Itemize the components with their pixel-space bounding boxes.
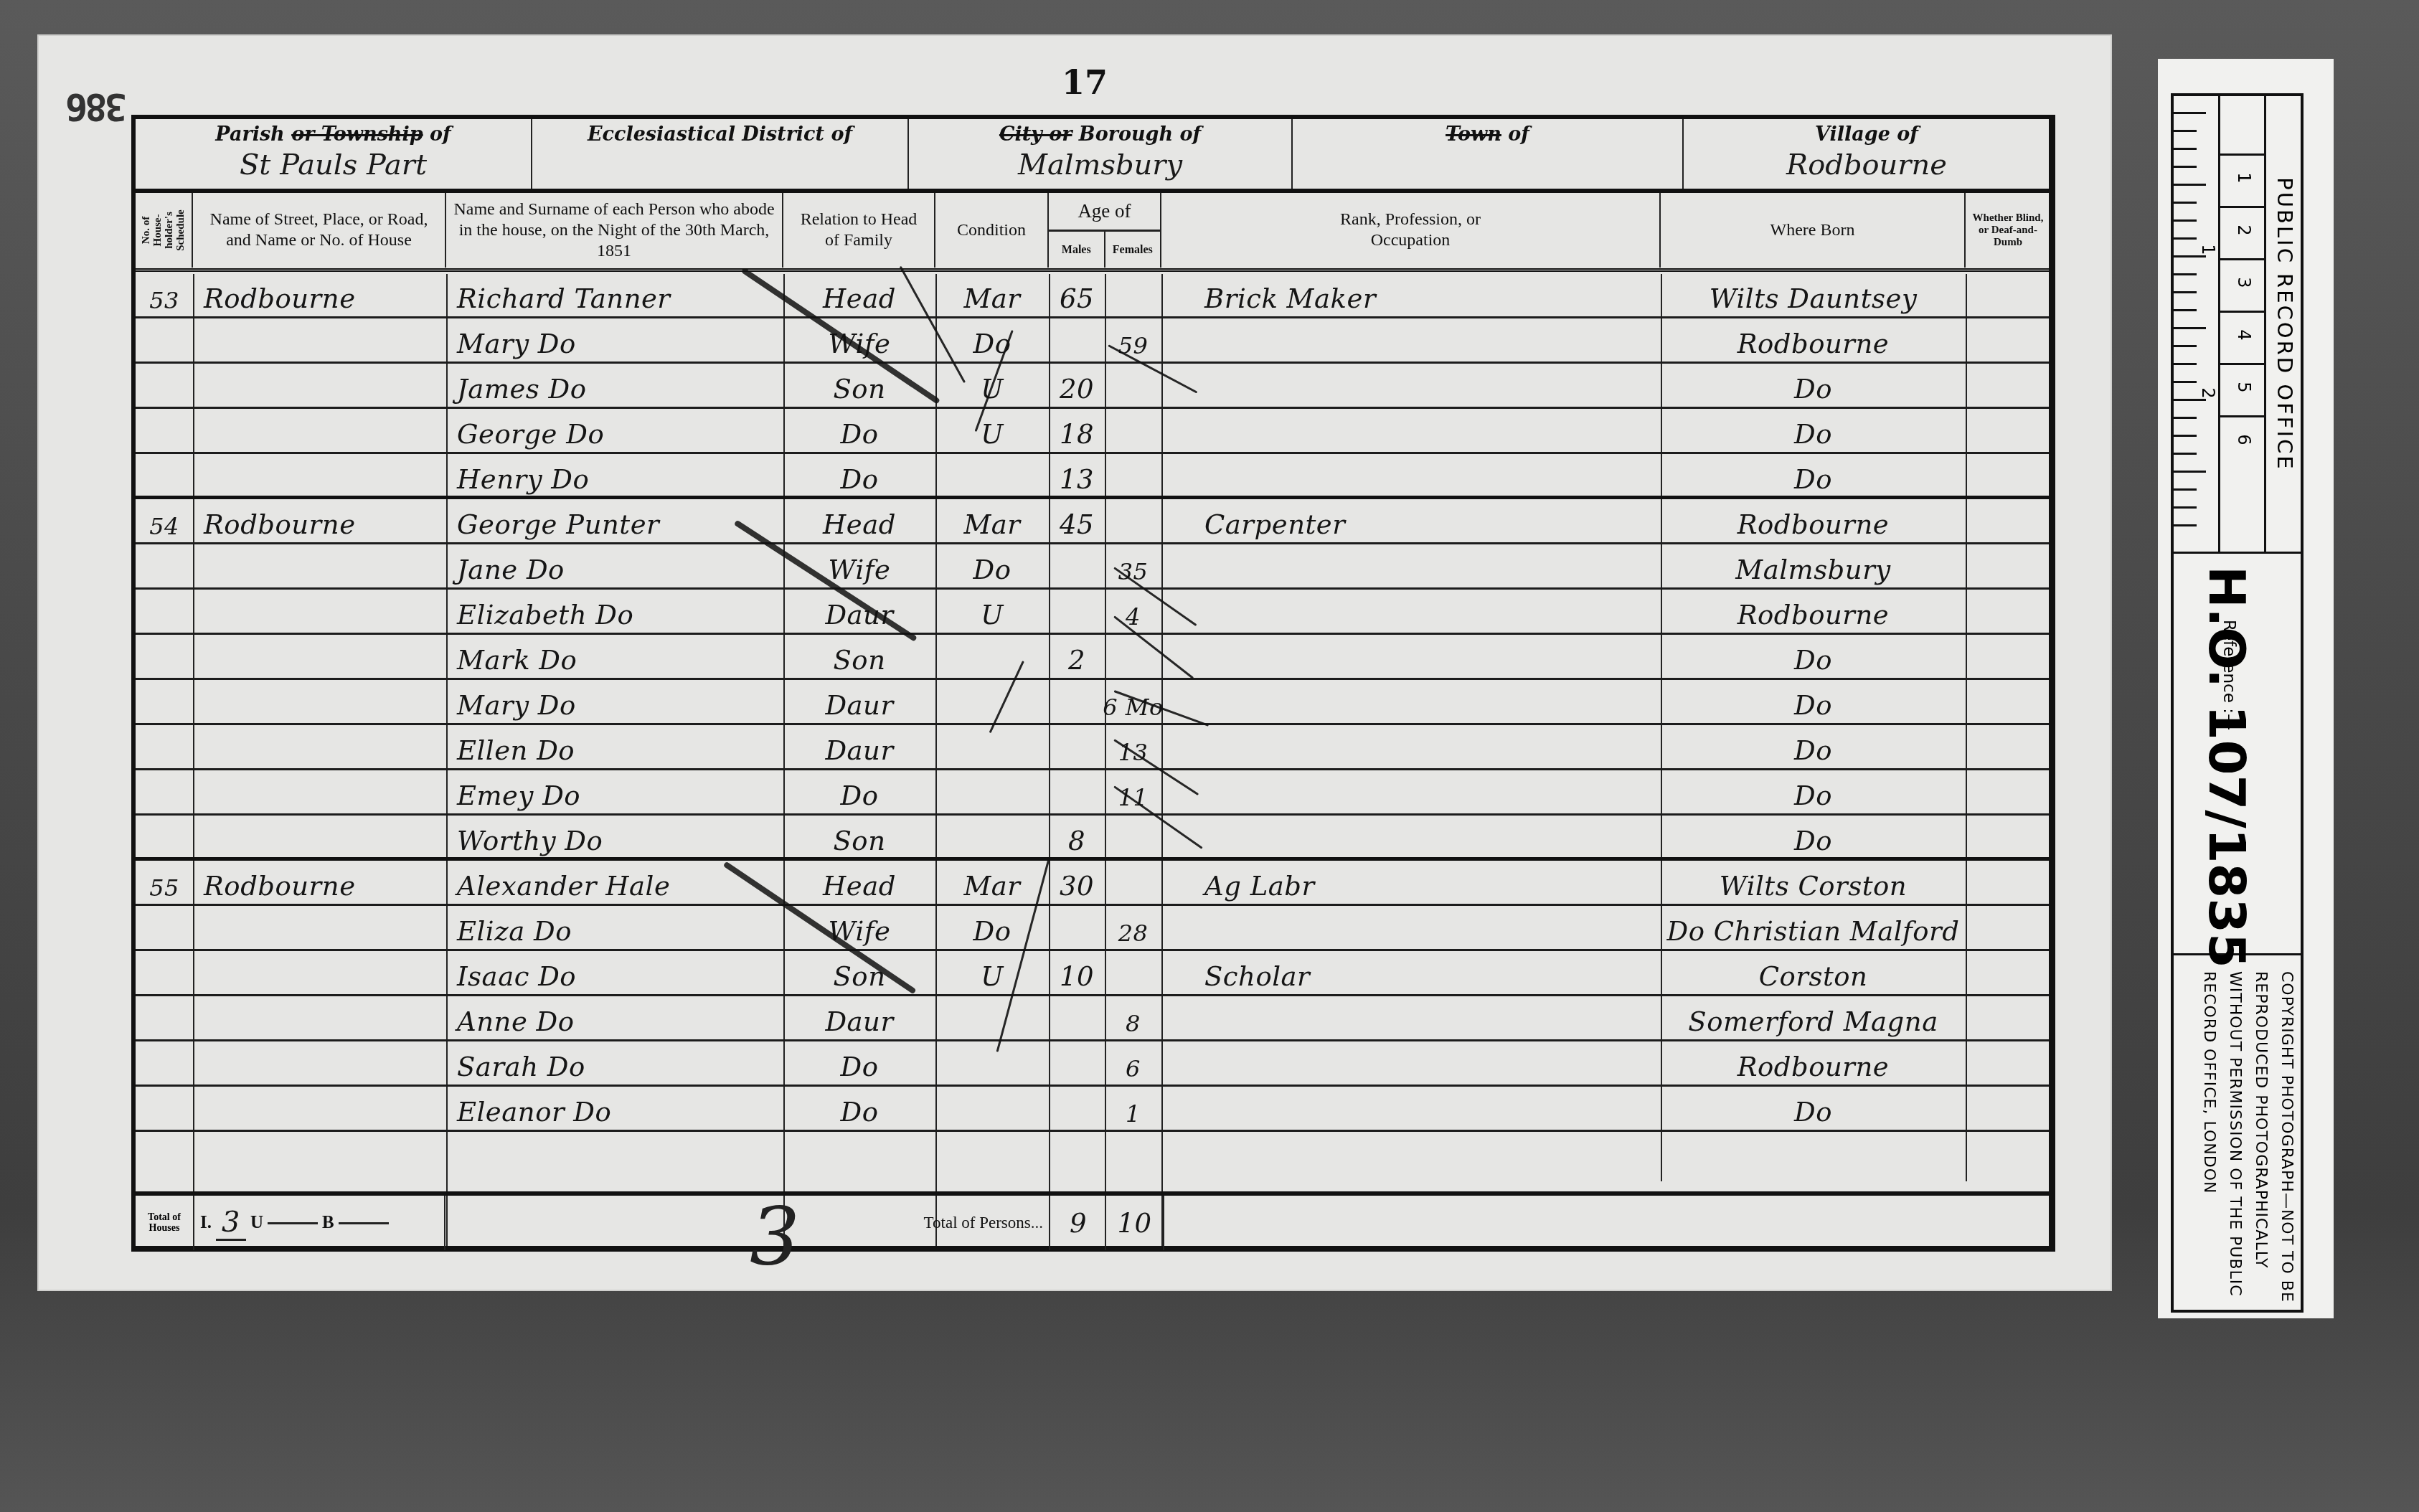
blind-deaf (1966, 1087, 2050, 1132)
row-rule (136, 723, 2049, 725)
occupation (1204, 319, 1635, 364)
schedule-number: 54 (136, 500, 193, 544)
person-name: Isaac Do (457, 952, 783, 996)
inhabited-value: 3 (216, 1206, 246, 1241)
occupation (1204, 681, 1635, 725)
row-rule (136, 768, 2049, 770)
blind-deaf (1966, 319, 2050, 364)
occupation (1204, 997, 1635, 1041)
blind-deaf (1966, 545, 2050, 590)
total-houses-label: Total of Houses (143, 1212, 186, 1234)
col-condition: Condition (935, 193, 1049, 268)
town-field: Town of (1293, 119, 1684, 189)
town-label-end: of (1508, 123, 1529, 146)
ruler-tick (2174, 399, 2206, 401)
condition: U (935, 410, 1049, 454)
row-rule (136, 362, 2049, 364)
age-male (1049, 681, 1105, 725)
col-relation: Relation to Head of Family (783, 193, 935, 268)
occupation (1204, 907, 1635, 951)
office-name-text: PUBLIC RECORD OFFICE (2273, 177, 2297, 471)
ruler-tick (2174, 184, 2206, 186)
street-name (204, 771, 446, 816)
row-rule (136, 452, 2049, 454)
where-born: Rodbourne (1661, 1042, 1966, 1087)
row-rule (136, 994, 2049, 996)
occupation (1204, 455, 1635, 499)
col-where-born-label: Where Born (1770, 220, 1855, 241)
occupation (1204, 726, 1635, 770)
row-rule (136, 1039, 2049, 1041)
street-name (204, 590, 446, 635)
schedule-number (136, 319, 193, 364)
age-female: 4 (1105, 590, 1161, 635)
occupation (1204, 545, 1635, 590)
condition (935, 455, 1049, 499)
relation: Head (783, 861, 935, 906)
relation: Wife (783, 319, 935, 364)
ruler-tick (2174, 148, 2197, 150)
parish-value: St Pauls Part (136, 148, 531, 181)
ruler-tick (2174, 291, 2197, 293)
cm-divider (2218, 363, 2264, 365)
col-name: Name and Surname of each Person who abod… (446, 193, 783, 268)
schedule-number (136, 816, 193, 861)
village-field: Village of Rodbourne (1684, 119, 2050, 189)
age-male: 10 (1049, 952, 1105, 996)
schedule-number (136, 997, 193, 1041)
total-persons-label: Total of Persons... (924, 1214, 1043, 1232)
where-born: Rodbourne (1661, 500, 1966, 544)
row-rule (136, 904, 2049, 906)
occupation (1204, 590, 1635, 635)
office-name: PUBLIC RECORD OFFICE (2264, 96, 2304, 552)
age-male: 20 (1049, 364, 1105, 409)
census-table: Parish or Township of St Pauls Part Eccl… (131, 115, 2055, 1252)
parish-label-end: of (430, 123, 451, 146)
street-name (204, 997, 446, 1041)
table-row: Sarah DoDo6Rodbourne (136, 1042, 2049, 1087)
street-name (204, 816, 446, 861)
table-row: George DoDoU18Do (136, 410, 2049, 454)
blind-deaf (1966, 590, 2050, 635)
ruler-tick (2174, 488, 2197, 491)
street-name (204, 545, 446, 590)
table-row: Emey DoDo11Do (136, 771, 2049, 816)
schedule-number (136, 952, 193, 996)
age-male (1049, 545, 1105, 590)
age-male: 30 (1049, 861, 1105, 906)
stamp-number: 386 (68, 85, 127, 128)
location-header: Parish or Township of St Pauls Part Eccl… (136, 119, 2049, 193)
relation: Daur (783, 726, 935, 770)
schedule-number (136, 590, 193, 635)
ruler-tick (2174, 273, 2197, 275)
table-row: Eliza DoWifeDo28Do Christian Malford (136, 907, 2049, 951)
table-row: James DoSonU20Do (136, 364, 2049, 409)
age-female: 8 (1105, 997, 1161, 1041)
col-street: Name of Street, Place, or Road, and Name… (193, 193, 446, 268)
occupation: Carpenter (1204, 500, 1635, 544)
age-female (1105, 455, 1161, 499)
row-rule (136, 1085, 2049, 1087)
cm-mark: 5 (2234, 382, 2254, 392)
condition: Do (935, 907, 1049, 951)
person-name: Emey Do (457, 771, 783, 816)
schedule-number (136, 726, 193, 770)
condition (935, 1042, 1049, 1087)
person-name: James Do (457, 364, 783, 409)
table-row: Ellen DoDaur13Do (136, 726, 2049, 770)
row-rule (136, 316, 2049, 318)
age-female: 11 (1105, 771, 1161, 816)
cm-mark: 1 (2234, 172, 2254, 183)
condition: U (935, 952, 1049, 996)
age-female (1105, 816, 1161, 861)
blind-deaf (1966, 1042, 2050, 1087)
ruler-tick (2174, 381, 2197, 383)
column-headers: No. of House-holder's Schedule Name of S… (136, 193, 2049, 272)
person-name: Ellen Do (457, 726, 783, 770)
uninhabited-label: U (250, 1213, 263, 1233)
person-name: Anne Do (457, 997, 783, 1041)
table-row: Anne DoDaur8Somerford Magna (136, 997, 2049, 1041)
condition: Mar (935, 861, 1049, 906)
person-name: Mark Do (457, 635, 783, 680)
borough-value: Malmsbury (909, 148, 1291, 181)
total-houses-label-cell: Total of Houses (136, 1196, 194, 1250)
row-rule (136, 857, 2049, 861)
reference-value: H.O. 107/1835 (2197, 566, 2256, 968)
condition (935, 1087, 1049, 1132)
col-name-label: Name and Surname of each Person who abod… (451, 199, 778, 262)
totals-row: Total of Houses I. 3 U B Total of Person… (136, 1191, 2049, 1250)
occupation: Brick Maker (1204, 274, 1635, 318)
row-rule (136, 496, 2049, 499)
age-female (1105, 500, 1161, 544)
cm-mark: 4 (2234, 329, 2254, 340)
row-rule (136, 407, 2049, 409)
where-born: Do (1661, 410, 1966, 454)
person-name: Mary Do (457, 681, 783, 725)
age-female (1105, 364, 1161, 409)
street-name (204, 681, 446, 725)
house-counts: I. 3 U B (200, 1196, 445, 1250)
blind-deaf (1966, 997, 2050, 1041)
age-male: 2 (1049, 635, 1105, 680)
col-age-males: Males (1049, 232, 1105, 268)
relation: Do (783, 410, 935, 454)
row-rule (136, 1130, 2049, 1132)
town-label-struck: Town (1446, 123, 1501, 146)
cm-divider (2218, 415, 2264, 417)
schedule-number (136, 635, 193, 680)
relation: Daur (783, 590, 935, 635)
ruler-tick (2174, 524, 2197, 526)
street-name: Rodbourne (204, 274, 446, 318)
col-occupation-label: Rank, Profession, or Occupation (1305, 209, 1516, 251)
condition (935, 681, 1049, 725)
blind-deaf (1966, 861, 2050, 906)
age-female (1105, 952, 1161, 996)
table-row: 53RodbourneRichard TannerHeadMar65Brick … (136, 274, 2049, 318)
blind-deaf (1966, 907, 2050, 951)
where-born: Somerford Magna (1661, 997, 1966, 1041)
person-name: George Do (457, 410, 783, 454)
age-female (1105, 861, 1161, 906)
cm-divider (2218, 311, 2264, 313)
age-male (1049, 726, 1105, 770)
blind-deaf (1966, 364, 2050, 409)
occupation (1204, 771, 1635, 816)
age-male (1049, 997, 1105, 1041)
borough-label-struck: City or (999, 123, 1072, 146)
relation: Daur (783, 681, 935, 725)
schedule-number (136, 1087, 193, 1132)
blind-deaf (1966, 952, 2050, 996)
cm-divider (2218, 153, 2264, 156)
village-value: Rodbourne (1684, 148, 2050, 181)
ruler-tick (2174, 345, 2197, 347)
total-males: 9 (1049, 1196, 1106, 1250)
person-name: Eliza Do (457, 907, 783, 951)
table-row: Jane DoWifeDo35Malmsbury (136, 545, 2049, 590)
borough-label: Borough of (1079, 123, 1201, 146)
age-female: 6 (1105, 1042, 1161, 1087)
schedule-number: 53 (136, 274, 193, 318)
ecclesiastical-field: Ecclesiastical District of (532, 119, 909, 189)
blind-deaf (1966, 771, 2050, 816)
cm-mark: 6 (2234, 434, 2254, 445)
street-name (204, 1042, 446, 1087)
copyright-text: COPYRIGHT PHOTOGRAPH—NOT TO BE REPRODUCE… (2196, 971, 2299, 1308)
house-tally-mark: 3 (750, 1191, 800, 1282)
row-rule (136, 678, 2049, 680)
col-condition-label: Condition (957, 220, 1026, 241)
col-age: Age of Males Females (1049, 193, 1161, 268)
ruler-tick (2174, 112, 2206, 114)
age-female (1105, 274, 1161, 318)
cm-divider (2218, 206, 2264, 208)
age-female (1105, 635, 1161, 680)
inch-mark: 2 (2198, 387, 2218, 398)
parish-label: Parish (215, 123, 284, 146)
blind-deaf (1966, 410, 2050, 454)
where-born: Do (1661, 1087, 1966, 1132)
age-male: 45 (1049, 500, 1105, 544)
age-male: 8 (1049, 816, 1105, 861)
ruler-tick (2174, 219, 2197, 222)
cm-divider (2218, 258, 2264, 260)
age-male (1049, 907, 1105, 951)
relation: Do (783, 455, 935, 499)
row-rule (136, 813, 2049, 816)
street-name (204, 726, 446, 770)
street-name (204, 455, 446, 499)
blind-deaf (1966, 274, 2050, 318)
age-male: 18 (1049, 410, 1105, 454)
ruler-tick (2174, 130, 2197, 132)
ruler-tick (2174, 506, 2197, 509)
condition: U (935, 590, 1049, 635)
table-row: Isaac DoSonU10ScholarCorston (136, 952, 2049, 996)
person-name: Worthy Do (457, 816, 783, 861)
col-age-label: Age of (1049, 193, 1160, 232)
table-row: Henry DoDo13Do (136, 455, 2049, 499)
parish-field: Parish or Township of St Pauls Part (136, 119, 532, 189)
schedule-number (136, 771, 193, 816)
table-row: Elizabeth DoDaurU4Rodbourne (136, 590, 2049, 635)
occupation: Ag Labr (1204, 861, 1635, 906)
ruler-tick (2174, 453, 2197, 455)
occupation: Scholar (1204, 952, 1635, 996)
schedule-number: 55 (136, 861, 193, 906)
relation: Do (783, 1042, 935, 1087)
schedule-number (136, 681, 193, 725)
col-age-females: Females (1105, 232, 1161, 268)
occupation (1204, 816, 1635, 861)
copyright-notice: COPYRIGHT PHOTOGRAPH—NOT TO BE REPRODUCE… (2174, 953, 2301, 1315)
where-born: Rodbourne (1661, 319, 1966, 364)
schedule-number (136, 907, 193, 951)
row-rule (136, 587, 2049, 590)
where-born: Do (1661, 364, 1966, 409)
ruler-tick (2174, 255, 2206, 257)
relation: Wife (783, 907, 935, 951)
condition (935, 635, 1049, 680)
occupation (1204, 364, 1635, 409)
inhabited-label: I. (200, 1213, 212, 1233)
age-male (1049, 319, 1105, 364)
person-name: Henry Do (457, 455, 783, 499)
occupation (1204, 1087, 1635, 1132)
blind-deaf (1966, 816, 2050, 861)
condition (935, 816, 1049, 861)
parish-label-struck: or Township (291, 123, 423, 146)
col-blind-deaf-label: Whether Blind, or Deaf-and-Dumb (1971, 212, 2045, 249)
ecclesiastical-label: Ecclesiastical District of (532, 123, 907, 146)
relation: Son (783, 816, 935, 861)
scale-ruler: PUBLIC RECORD OFFICE 12123456 (2174, 96, 2301, 554)
folio-number: 17 (1062, 63, 1108, 102)
street-name (204, 319, 446, 364)
ruler-tick (2174, 417, 2197, 419)
schedule-number (136, 410, 193, 454)
table-row: Mark DoSon2Do (136, 635, 2049, 680)
age-male (1049, 590, 1105, 635)
schedule-number (136, 1042, 193, 1087)
where-born: Do Christian Malford (1661, 907, 1966, 951)
where-born: Do (1661, 455, 1966, 499)
condition: Mar (935, 274, 1049, 318)
age-female: 1 (1105, 1087, 1161, 1132)
street-name (204, 952, 446, 996)
ruler-tick (2174, 471, 2206, 473)
person-name: Mary Do (457, 319, 783, 364)
relation: Head (783, 500, 935, 544)
condition (935, 726, 1049, 770)
persons-label-cell: Total of Persons... (853, 1196, 1049, 1250)
person-name: Eleanor Do (457, 1087, 783, 1132)
occupation (1204, 410, 1635, 454)
ruler-tick (2174, 327, 2206, 329)
table-row: Mary DoWifeDo59Rodbourne (136, 319, 2049, 364)
ruler-tick (2174, 237, 2197, 240)
relation: Son (783, 635, 935, 680)
person-name: Sarah Do (457, 1042, 783, 1087)
table-row: 55RodbourneAlexander HaleHeadMar30Ag Lab… (136, 861, 2049, 906)
condition: Mar (935, 500, 1049, 544)
age-female: 6 Mo (1105, 681, 1161, 725)
inch-ticks (2174, 96, 2220, 552)
record-office-label: PUBLIC RECORD OFFICE 12123456 Reference … (2158, 59, 2334, 1318)
blind-deaf (1966, 455, 2050, 499)
age-male: 65 (1049, 274, 1105, 318)
col-relation-label: Relation to Head of Family (793, 209, 924, 251)
col-where-born: Where Born (1661, 193, 1966, 268)
street-name (204, 1087, 446, 1132)
ruler-tick (2174, 435, 2197, 437)
relation: Do (783, 1087, 935, 1132)
col-schedule-no-label: No. of House-holder's Schedule (141, 202, 187, 258)
blind-deaf (1966, 635, 2050, 680)
building-label: B (322, 1213, 334, 1233)
where-born: Rodbourne (1661, 590, 1966, 635)
street-name: Rodbourne (204, 500, 446, 544)
ruler-tick (2174, 309, 2197, 311)
age-female (1105, 410, 1161, 454)
relation: Daur (783, 997, 935, 1041)
occupation (1204, 1042, 1635, 1087)
age-female: 28 (1105, 907, 1161, 951)
schedule-number (136, 545, 193, 590)
col-blind-deaf: Whether Blind, or Deaf-and-Dumb (1966, 193, 2050, 268)
ruler-tick (2174, 202, 2197, 204)
occupation (1204, 635, 1635, 680)
schedule-number (136, 364, 193, 409)
age-male (1049, 771, 1105, 816)
where-born: Do (1661, 635, 1966, 680)
ruler-tick (2174, 363, 2197, 365)
building-blank (339, 1222, 389, 1224)
col-occupation: Rank, Profession, or Occupation (1161, 193, 1661, 268)
reference-box: Reference :— H.O. 107/1835 (2174, 552, 2301, 955)
person-name: Elizabeth Do (457, 590, 783, 635)
street-name (204, 410, 446, 454)
table-row: Mary DoDaur6 MoDo (136, 681, 2049, 725)
condition (935, 997, 1049, 1041)
age-male (1049, 1087, 1105, 1132)
row-rule (136, 542, 2049, 544)
street-name (204, 635, 446, 680)
street-name (204, 364, 446, 409)
where-born: Do (1661, 771, 1966, 816)
table-row: 54RodbourneGeorge PunterHeadMar45Carpent… (136, 500, 2049, 544)
total-females: 10 (1105, 1196, 1164, 1250)
condition: Do (935, 319, 1049, 364)
where-born: Do (1661, 681, 1966, 725)
relation: Do (783, 771, 935, 816)
age-male (1049, 1042, 1105, 1087)
street-name (204, 907, 446, 951)
blind-deaf (1966, 681, 2050, 725)
where-born: Do (1661, 726, 1966, 770)
blind-deaf (1966, 726, 2050, 770)
row-rule (136, 633, 2049, 635)
where-born: Malmsbury (1661, 545, 1966, 590)
where-born: Do (1661, 816, 1966, 861)
person-name: Jane Do (457, 545, 783, 590)
